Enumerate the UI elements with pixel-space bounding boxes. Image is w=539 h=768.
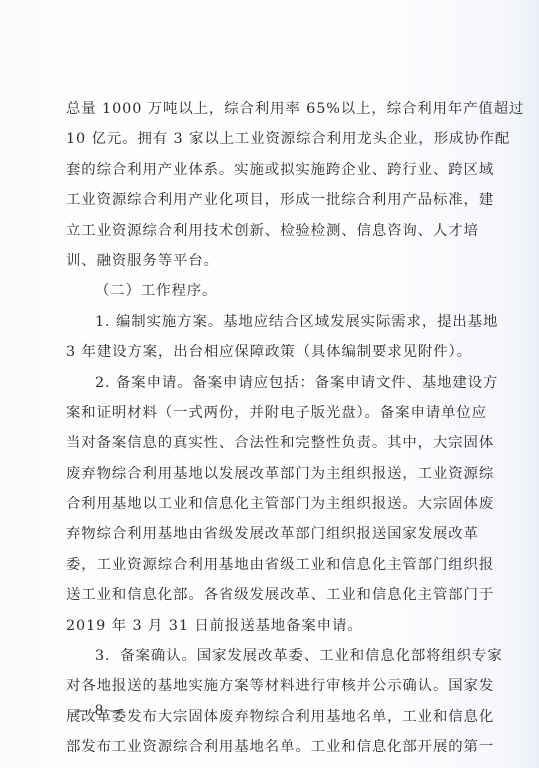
- text-line: 合利用基地以工业和信息化主管部门为主组织报送。大宗固体废: [66, 489, 456, 519]
- text-line: 2. 备案申请。备案申请应包括：备案申请文件、基地建设方: [66, 368, 456, 398]
- text-line: 工业资源综合利用产业化项目，形成一批综合利用产品标准，建: [66, 185, 456, 215]
- page-number: — 8 —: [74, 703, 125, 719]
- text-line: 训、融资服务等平台。: [66, 246, 456, 276]
- text-line: 立工业资源综合利用技术创新、检验检测、信息咨询、人才培: [66, 216, 456, 246]
- text-line: 套的综合利用产业体系。实施或拟实施跨企业、跨行业、跨区域: [66, 155, 456, 185]
- text-line: 2019 年 3 月 31 日前报送基地备案申请。: [66, 611, 456, 641]
- text-line: 案和证明材料（一式两份，并附电子版光盘）。备案申请单位应: [66, 398, 456, 428]
- text-line: 总量 1000 万吨以上，综合利用率 65%以上，综合利用年产值超过: [66, 94, 456, 124]
- section-heading: （二）工作程序。: [66, 276, 456, 306]
- text-line: 废弃物综合利用基地以发展改革部门为主组织报送，工业资源综: [66, 459, 456, 489]
- text-line: 3 年建设方案，出台相应保障政策（具体编制要求见附件）。: [66, 337, 456, 367]
- text-line: 1. 编制实施方案。基地应结合区域发展实际需求，提出基地: [66, 307, 456, 337]
- text-line: 对各地报送的基地实施方案等材料进行审核并公示确认。国家发: [66, 671, 456, 701]
- text-line: 当对备案信息的真实性、合法性和完整性负责。其中，大宗固体: [66, 428, 456, 458]
- text-line: 委，工业资源综合利用基地由省级工业和信息化主管部门组织报: [66, 550, 456, 580]
- text-line: 10 亿元。拥有 3 家以上工业资源综合利用龙头企业，形成协作配: [66, 124, 456, 154]
- text-line: 送工业和信息化部。各省级发展改革、工业和信息化主管部门于: [66, 580, 456, 610]
- text-line: 弃物综合利用基地由省级发展改革部门组织报送国家发展改革: [66, 519, 456, 549]
- document-body: 总量 1000 万吨以上，综合利用率 65%以上，综合利用年产值超过 10 亿元…: [66, 94, 456, 763]
- text-line: 3．备案确认。国家发展改革委、工业和信息化部将组织专家: [66, 641, 456, 671]
- document-page: 总量 1000 万吨以上，综合利用率 65%以上，综合利用年产值超过 10 亿元…: [0, 0, 539, 768]
- text-line: 部发布工业资源综合利用基地名单。工业和信息化部开展的第一: [66, 732, 456, 762]
